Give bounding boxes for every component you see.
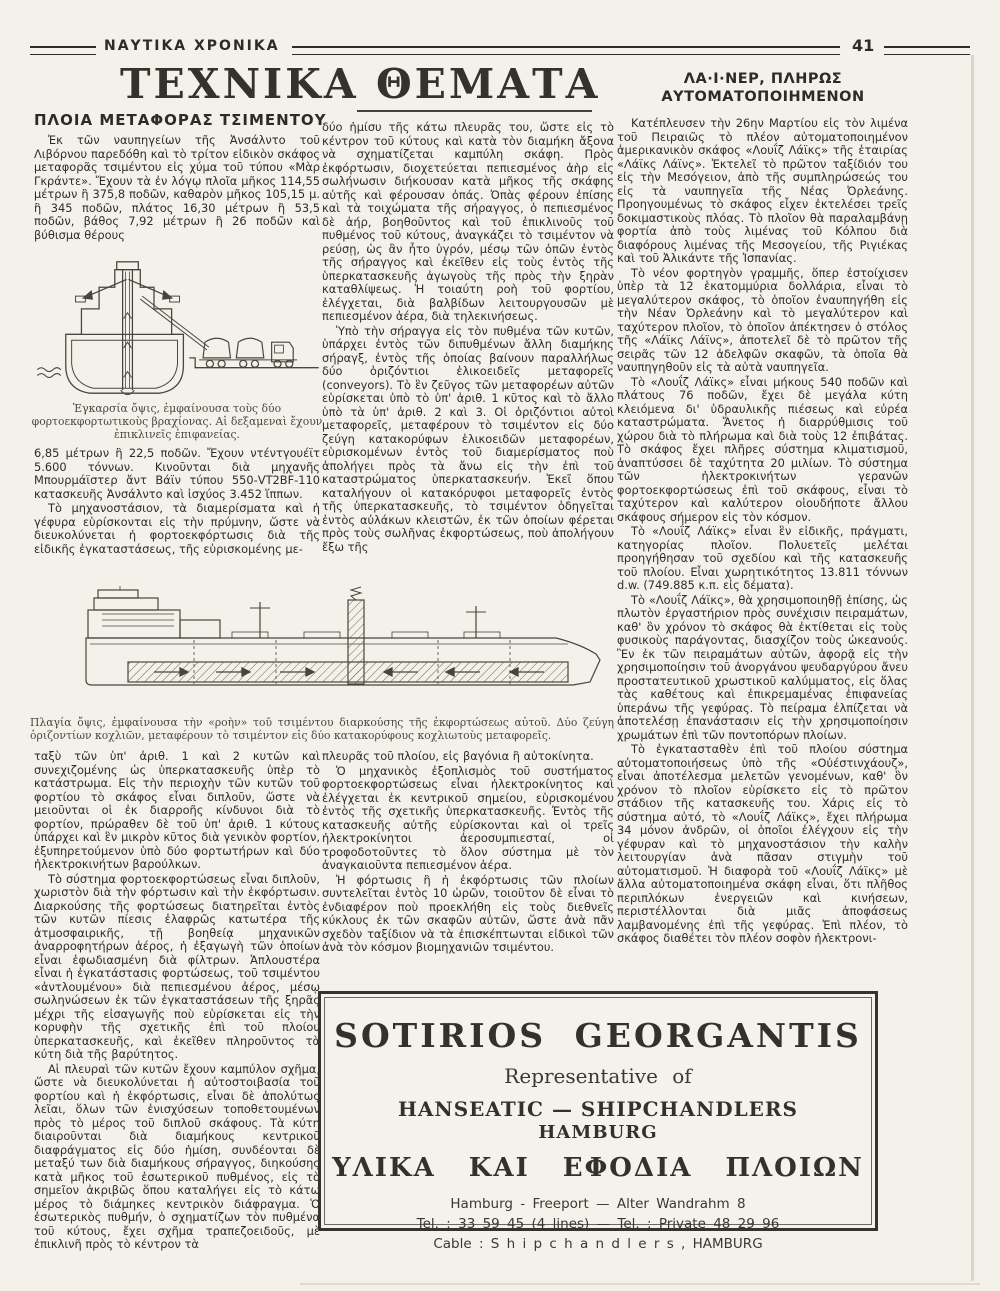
scan-edge-line xyxy=(971,55,974,1281)
ad-greek-line: ΥΛΙΚΑ ΚΑΙ ΕΦΟΔΙΑ ΠΛΟΙΩΝ xyxy=(325,1153,871,1183)
paragraph: δύο ἡμίσυ τῆς κάτω πλευρᾶς του, ὥστε εἰς… xyxy=(322,121,614,324)
ship-cross-section-drawing xyxy=(36,252,321,402)
paragraph: Ἡ φόρτωσις ἢ ἡ ἐκφόρτωσις τῶν πλοίων συν… xyxy=(322,874,614,955)
figure-cross-section xyxy=(36,252,321,402)
cement-col1-bottom: ταξὺ τῶν ὑπ' ἀριθ. 1 καὶ 2 κυτῶν καὶ συν… xyxy=(34,750,320,1274)
paragraph: Τὸ νέον φορτηγὸν γραμμῆς, ὅπερ ἐστοίχισε… xyxy=(617,267,908,375)
ship-side-view-drawing xyxy=(28,586,612,714)
page-number: 41 xyxy=(852,36,874,55)
cement-col1-top: Ἐκ τῶν ναυπηγείων τῆς Ἀνσάλντο τοῦ Λιβόρ… xyxy=(34,134,320,258)
cement-col2-top: δύο ἡμίσυ τῆς κάτω πλευρᾶς του, ὥστε εἰς… xyxy=(322,121,614,586)
liner-article-heading: ΛΑ·Ι·ΝΕΡ, ΠΛΗΡΩΣ ΑΥΤΟΜΑΤΟΠΟΙΗΜΕΝΟΝ xyxy=(617,70,909,106)
ad-cable: Cable : S h i p c h a n d l e r s , HAMB… xyxy=(325,1236,871,1252)
scan-edge-bottom xyxy=(300,1283,980,1285)
liner-column: Κατέπλευσεν τὴν 26ην Μαρτίου εἰς τὸν λιμ… xyxy=(617,117,908,979)
figure2-caption: Πλαγία ὄψις, ἐμφαίνουσα τὴν «ροὴν» τοῦ τ… xyxy=(30,716,614,746)
magazine-page: ΝΑΥΤΙΚΑ ΧΡΟΝΙΚΑ 41 ΤΕΧΝΙΚΑ ΘΕΜΑΤΑ ΛΑ·Ι·Ν… xyxy=(0,0,1000,1291)
ad-city-line: HAMBURG xyxy=(325,1122,871,1143)
paragraph: Ὁ μηχανικὸς ἐξοπλισμὸς τοῦ συστήματος φο… xyxy=(322,765,614,873)
paragraph: 6,85 μέτρων ἢ 22,5 ποδῶν. Ἔχουν ντέντγου… xyxy=(34,447,320,501)
figure-side-view xyxy=(28,586,612,714)
paragraph: ταξὺ τῶν ὑπ' ἀριθ. 1 καὶ 2 κυτῶν καὶ συν… xyxy=(34,750,320,872)
header-rule-right xyxy=(884,46,970,55)
ad-address: Hamburg - Freeport — Alter Wandrahm 8 xyxy=(325,1196,871,1212)
title-underline xyxy=(357,110,592,112)
advertisement-box: SOTIRIOS GEORGANTIS Representative of HA… xyxy=(318,991,878,1231)
header-rule-middle xyxy=(292,46,840,55)
paragraph: Ὑπὸ τὴν σήραγγα εἰς τὸν πυθμένα τῶν κυτῶ… xyxy=(322,325,614,555)
advertiser-name: SOTIRIOS GEORGANTIS xyxy=(325,1016,871,1055)
ad-phones: Tel. : 33 59 45 (4 lines) — Tel. : Priva… xyxy=(325,1216,871,1232)
journal-name: ΝΑΥΤΙΚΑ ΧΡΟΝΙΚΑ xyxy=(104,38,280,54)
paragraph: Τὸ σύστημα φορτοεκφορτώσεως εἶναι διπλοῦ… xyxy=(34,873,320,1062)
liner-heading-line2: ΑΥΤΟΜΑΤΟΠΟΙΗΜΕΝΟΝ xyxy=(617,88,909,106)
page-title: ΤΕΧΝΙΚΑ ΘΕΜΑΤΑ xyxy=(120,60,520,108)
paragraph: Ἐκ τῶν ναυπηγείων τῆς Ἀνσάλντο τοῦ Λιβόρ… xyxy=(34,134,320,242)
figure1-caption: Ἐγκαρσία ὄψις, ἐμφαίνουσα τοὺς δύο φορτο… xyxy=(30,402,324,444)
cement-article-heading: ΠΛΟΙΑ ΜΕΤΑΦΟΡΑΣ ΤΣΙΜΕΝΤΟΥ xyxy=(34,111,322,129)
paragraph: Τὸ ἐγκατασταθὲν ἐπὶ τοῦ πλοίου σύστημα α… xyxy=(617,743,908,946)
paragraph: πλευρᾶς τοῦ πλοίου, εἰς βαγόνια ἢ αὐτοκί… xyxy=(322,750,614,764)
paragraph: Τὸ «Λουΐζ Λάϊκς» εἶναι ἓν εἰδικῆς, πράγμ… xyxy=(617,525,908,593)
paragraph: Τὸ μηχανοστάσιον, τὰ διαμερίσματα καὶ ἡ … xyxy=(34,502,320,556)
paragraph: Κατέπλευσεν τὴν 26ην Μαρτίου εἰς τὸν λιμ… xyxy=(617,117,908,266)
paragraph: Τὸ «Λουΐζ Λάϊκς», θὰ χρησιμοποιηθῇ ἐπίση… xyxy=(617,594,908,743)
paragraph: Τὸ «Λουΐζ Λάϊκς» εἶναι μήκους 540 ποδῶν … xyxy=(617,376,908,525)
liner-heading-line1: ΛΑ·Ι·ΝΕΡ, ΠΛΗΡΩΣ xyxy=(617,70,909,88)
ad-company-line: HANSEATIC — SHIPCHANDLERS xyxy=(325,1097,871,1121)
advertisement-inner: SOTIRIOS GEORGANTIS Representative of HA… xyxy=(324,997,872,1225)
cement-col1-middle: 6,85 μέτρων ἢ 22,5 ποδῶν. Ἔχουν ντέντγου… xyxy=(34,447,320,583)
cement-col2-bottom: πλευρᾶς τοῦ πλοίου, εἰς βαγόνια ἢ αὐτοκί… xyxy=(322,750,614,988)
header-rule-left xyxy=(30,46,96,55)
ad-representative-line: Representative of xyxy=(325,1064,871,1088)
paragraph: Αἱ πλευραὶ τῶν κυτῶν ἔχουν καμπύλον σχῆμ… xyxy=(34,1063,320,1252)
